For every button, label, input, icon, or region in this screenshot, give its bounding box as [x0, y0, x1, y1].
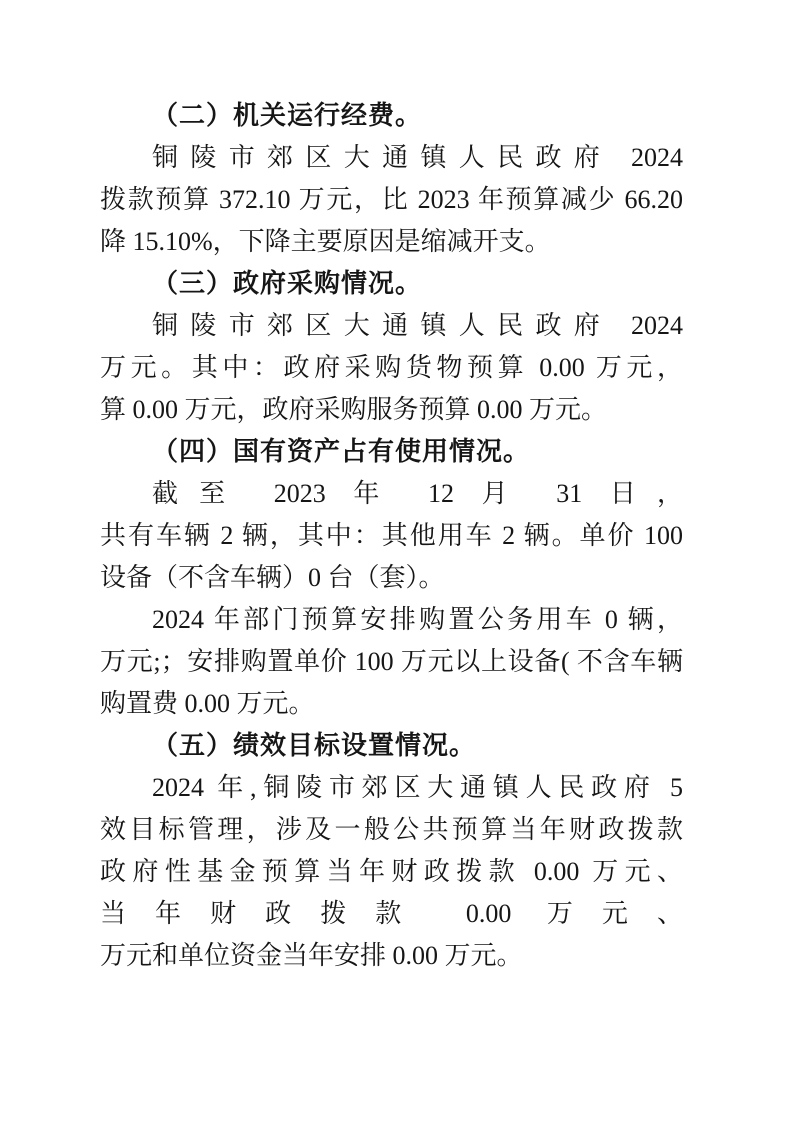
- paragraph-line: 设备（不含车辆）0 台（套）。: [100, 557, 683, 599]
- paragraph-line: 截至 2023 年 12 月 31 日，铜陵市郊区大通镇人民政府: [100, 473, 683, 515]
- paragraph-line: 购置费 0.00 万元。: [100, 683, 683, 725]
- paragraph-line: 政府性基金预算当年财政拨款 0.00 万元、国有资本经营预算: [100, 851, 683, 893]
- section-heading: （四）国有资产占有使用情况。: [100, 431, 683, 473]
- section-heading: （二）机关运行经费。: [100, 95, 683, 137]
- section-heading: （五）绩效目标设置情况。: [100, 725, 683, 767]
- paragraph-line: 效目标管理，涉及一般公共预算当年财政拨款 211.30 万元、: [100, 809, 683, 851]
- paragraph-line: 万元和单位资金当年安排 0.00 万元。: [100, 935, 683, 977]
- document-page: （二）机关运行经费。铜陵市郊区大通镇人民政府 2024 年机关运行经费财政拨款预…: [0, 0, 793, 1122]
- paragraph-line: 万元;；安排购置单价 100 万元以上设备( 不含车辆 )0 台( 套 )，: [100, 641, 683, 683]
- paragraph-line: 当年财政拨款 0.00 万元、财政专户管理资金当年安排 0.00: [100, 893, 683, 935]
- paragraph-line: 2024 年,铜陵市郊区大通镇人民政府 5 个项目实行了绩: [100, 767, 683, 809]
- paragraph-line: 拨款预算 372.10 万元，比 2023 年预算减少 66.20 万元，下: [100, 179, 683, 221]
- paragraph-line: 降 15.10%，下降主要原因是缩减开支。: [100, 221, 683, 263]
- paragraph-line: 万元。其中：政府采购货物预算 0.00 万元，政府采购工程预: [100, 347, 683, 389]
- section-heading: （三）政府采购情况。: [100, 263, 683, 305]
- paragraph-line: 铜陵市郊区大通镇人民政府 2024 年政府采购预算 0.00: [100, 305, 683, 347]
- paragraph-line: 算 0.00 万元，政府采购服务预算 0.00 万元。: [100, 389, 683, 431]
- paragraph-line: 2024 年部门预算安排购置公务用车 0 辆，购置费 0.00: [100, 599, 683, 641]
- paragraph-line: 共有车辆 2 辆，其中：其他用车 2 辆。单价 100 万元以上的: [100, 515, 683, 557]
- paragraph-line: 铜陵市郊区大通镇人民政府 2024 年机关运行经费财政: [100, 137, 683, 179]
